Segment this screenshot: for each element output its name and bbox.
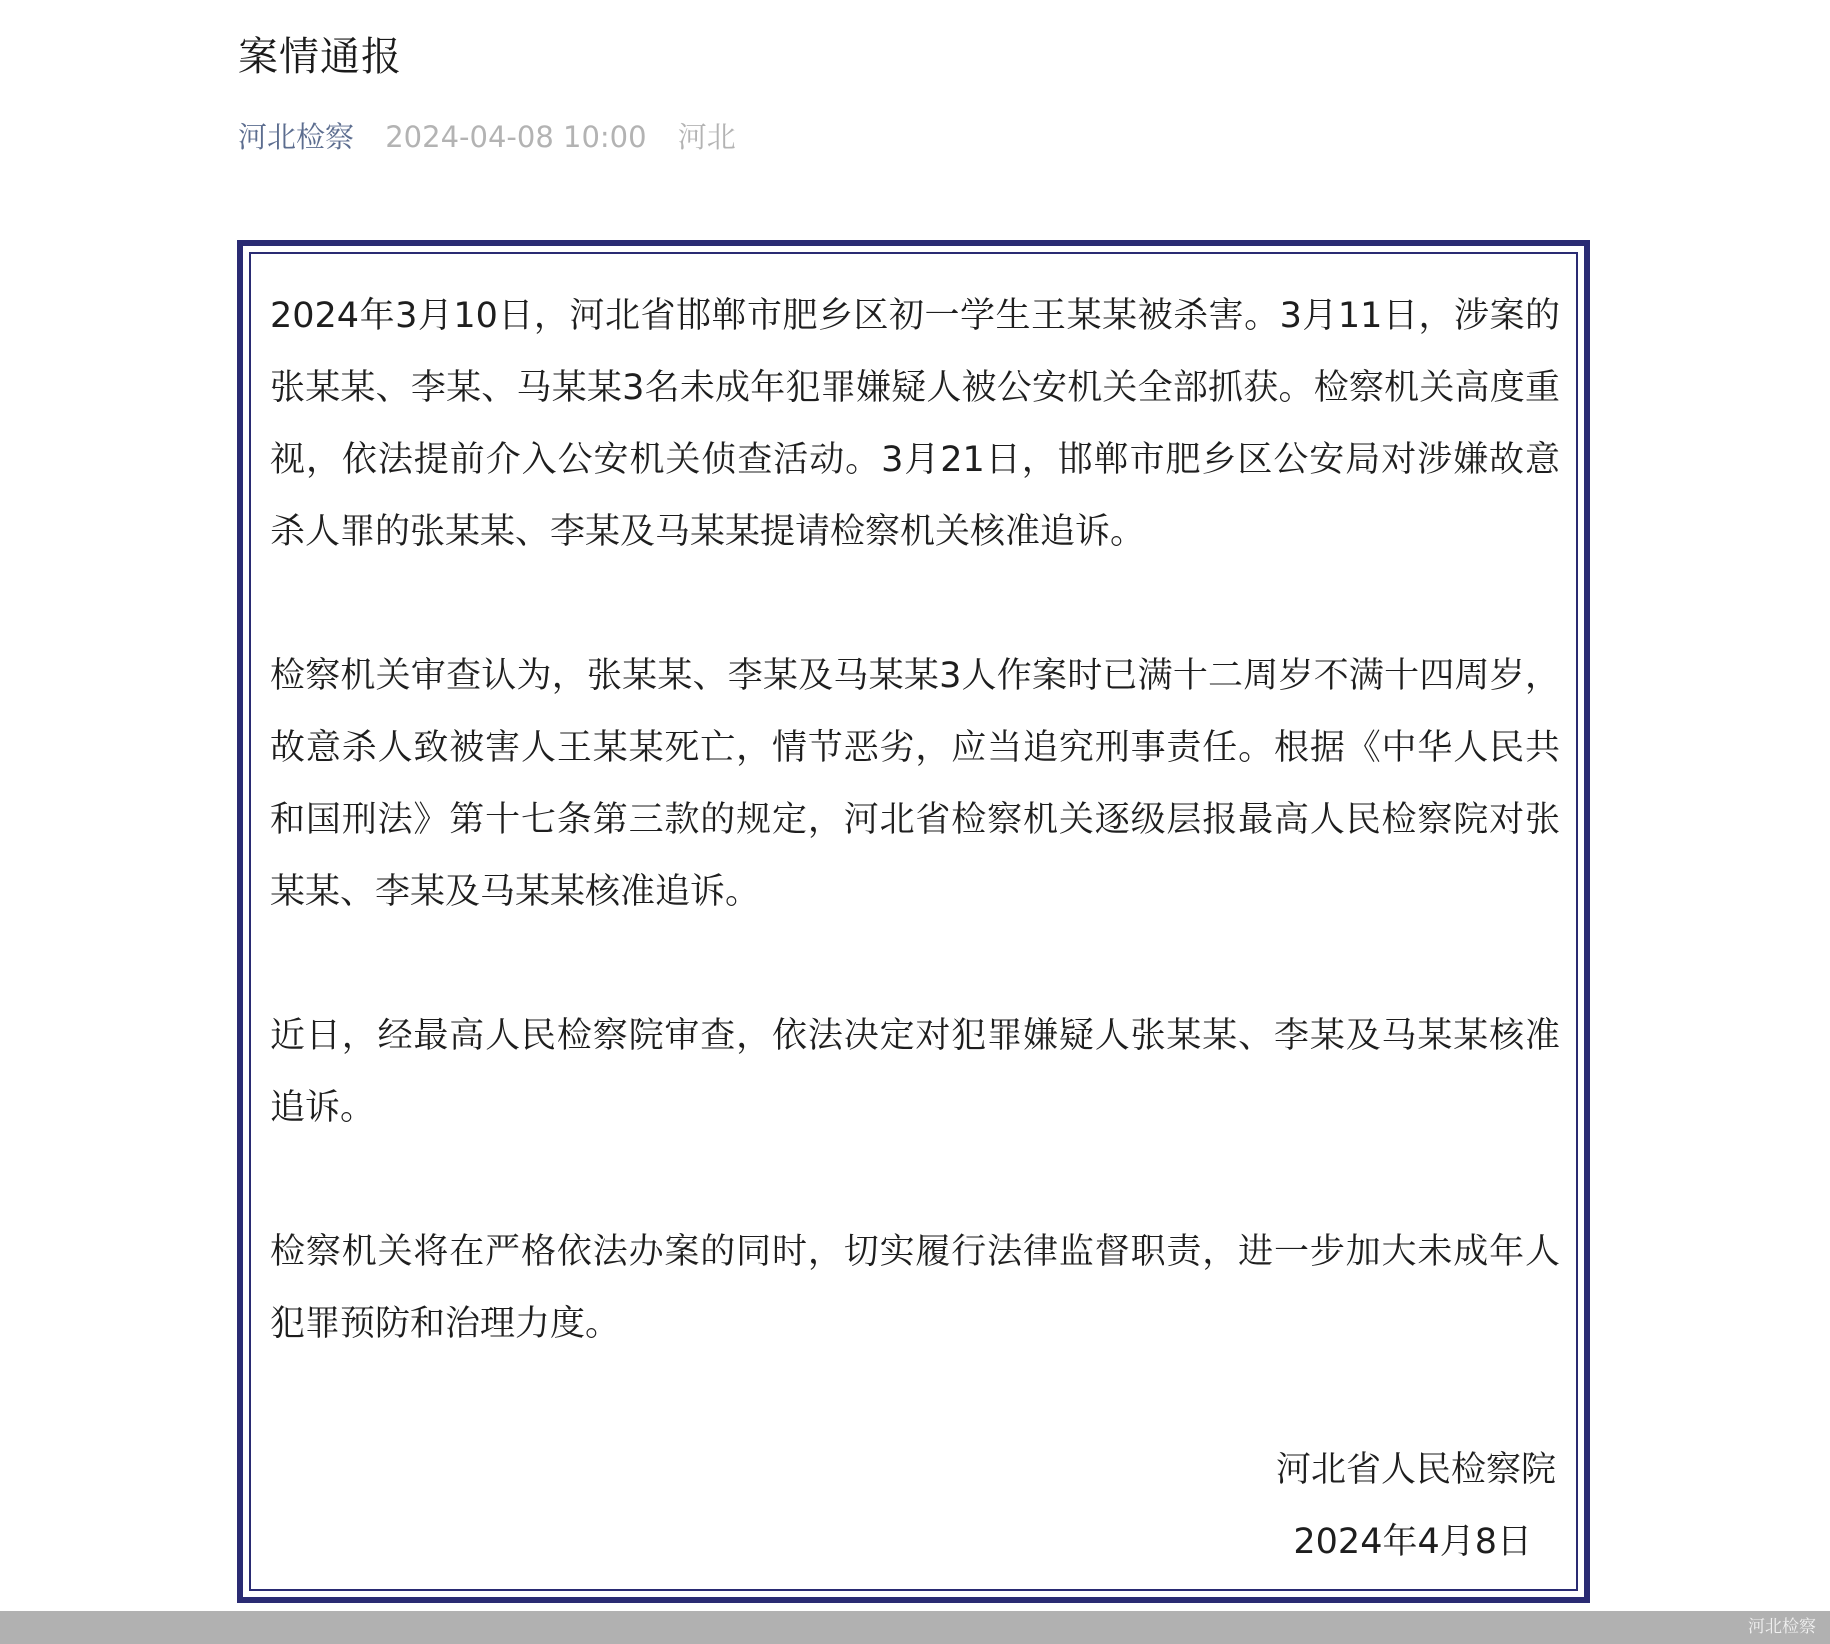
notice-paragraph-1: 2024年3月10日，河北省邯郸市肥乡区初一学生王某某被杀害。3月11日，涉案的… [270, 280, 1560, 568]
publish-region: 河北 [678, 120, 736, 154]
signature-date: 2024年4月8日 [1276, 1506, 1556, 1578]
watermark-text: 河北检察 [1748, 1615, 1816, 1639]
notice-paragraph-3: 近日，经最高人民检察院审查，依法决定对犯罪嫌疑人张某某、李某及马某某核准追诉。 [270, 1000, 1560, 1144]
signature-organization: 河北省人民检察院 [1276, 1434, 1556, 1506]
notice-signature: 河北省人民检察院 2024年4月8日 [1276, 1434, 1556, 1578]
notice-body: 2024年3月10日，河北省邯郸市肥乡区初一学生王某某被杀害。3月11日，涉案的… [270, 280, 1560, 1432]
author-link[interactable]: 河北检察 [238, 120, 354, 154]
notice-frame: 2024年3月10日，河北省邯郸市肥乡区初一学生王某某被杀害。3月11日，涉案的… [237, 240, 1590, 1603]
notice-paragraph-4: 检察机关将在严格依法办案的同时，切实履行法律监督职责，进一步加大未成年人犯罪预防… [270, 1216, 1560, 1360]
publish-time: 2024-04-08 10:00 [385, 120, 646, 154]
notice-paragraph-2: 检察机关审查认为，张某某、李某及马某某3人作案时已满十二周岁不满十四周岁，故意杀… [270, 640, 1560, 928]
article-meta: 河北检察 2024-04-08 10:00 河北 [238, 118, 736, 156]
bottom-watermark-bar: 河北检察 [0, 1611, 1830, 1644]
article-title: 案情通报 [238, 30, 402, 84]
